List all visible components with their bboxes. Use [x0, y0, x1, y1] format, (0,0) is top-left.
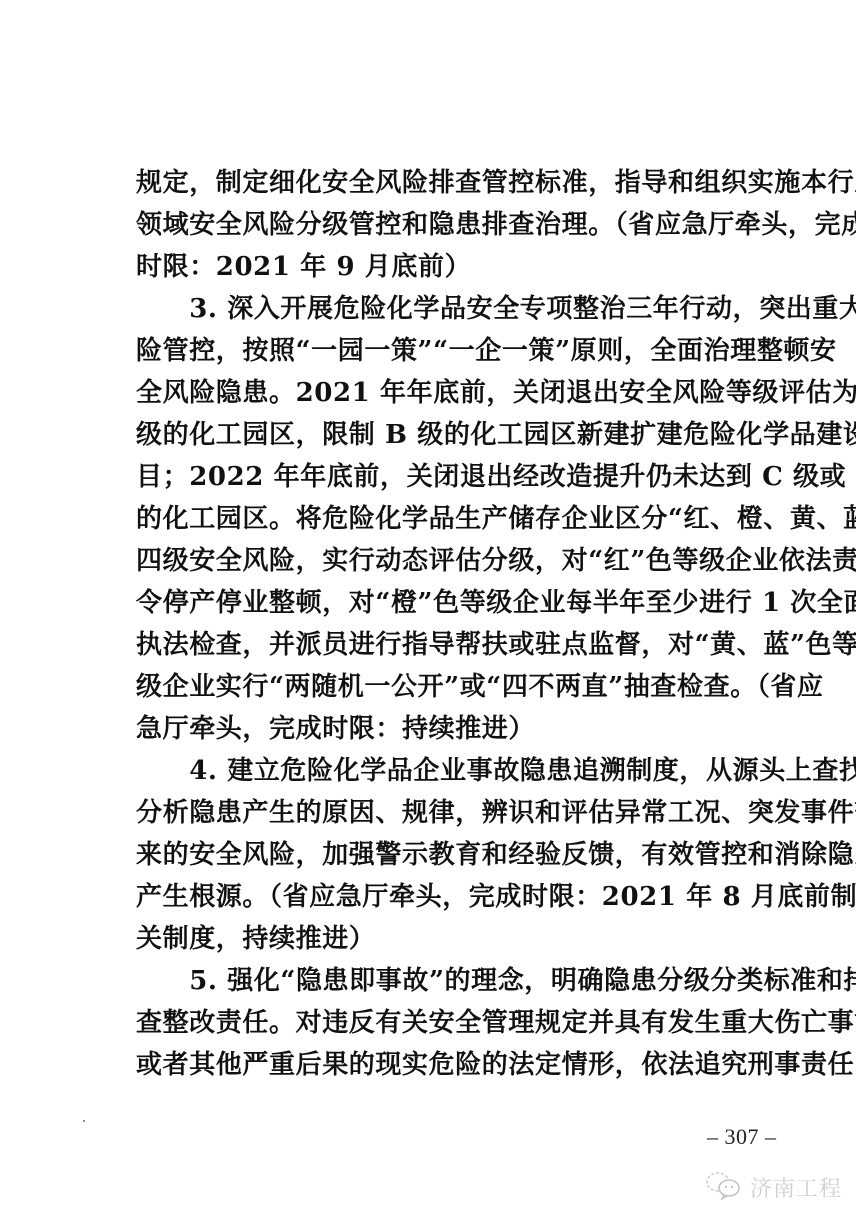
text-line: 或者其他严重后果的现实危险的法定情形，依法追究刑事责任；	[136, 1044, 748, 1086]
text-line: 3. 深入开展危险化学品安全专项整治三年行动，突出重大风	[136, 288, 748, 330]
text-line: 4. 建立危险化学品企业事故隐患追溯制度，从源头上查找和	[136, 750, 748, 792]
document-body: 规定，制定细化安全风险排查管控标准，指导和组织实施本行业 领域安全风险分级管控和…	[136, 162, 748, 1086]
text-line: 级的化工园区，限制 B 级的化工园区新建扩建危险化学品建设项	[136, 414, 748, 456]
text-line: 急厅牵头，完成时限：持续推进）	[136, 708, 748, 750]
wechat-icon	[704, 1170, 744, 1204]
scan-speck	[83, 1120, 85, 1122]
text-line: 四级安全风险，实行动态评估分级，对“红”色等级企业依法责	[136, 540, 748, 582]
text-line: 分析隐患产生的原因、规律，辨识和评估异常工况、突发事件带	[136, 792, 748, 834]
watermark-text: 济南工程	[750, 1172, 842, 1203]
page-number: – 307 –	[707, 1124, 777, 1150]
document-page: 规定，制定细化安全风险排查管控标准，指导和组织实施本行业 领域安全风险分级管控和…	[0, 0, 856, 1225]
text-line: 关制度，持续推进）	[136, 918, 748, 960]
text-line: 执法检查，并派员进行指导帮扶或驻点监督，对“黄、蓝”色等	[136, 624, 748, 666]
text-line: 领域安全风险分级管控和隐患排查治理。（省应急厅牵头，完成	[136, 204, 748, 246]
text-line: 来的安全风险，加强警示教育和经验反馈，有效管控和消除隐患	[136, 834, 748, 876]
text-line: 的化工园区。将危险化学品生产储存企业区分“红、橙、黄、蓝”	[136, 498, 748, 540]
text-line: 级企业实行“两随机一公开”或“四不两直”抽查检查。（省应	[136, 666, 748, 708]
text-line: 规定，制定细化安全风险排查管控标准，指导和组织实施本行业	[136, 162, 748, 204]
text-line: 5. 强化“隐患即事故”的理念，明确隐患分级分类标准和排	[136, 960, 748, 1002]
text-line: 令停产停业整顿，对“橙”色等级企业每半年至少进行 1 次全面	[136, 582, 748, 624]
text-line: 查整改责任。对违反有关安全管理规定并具有发生重大伤亡事故	[136, 1002, 748, 1044]
text-line: 险管控，按照“一园一策”“一企一策”原则，全面治理整顿安	[136, 330, 748, 372]
text-line: 时限：2021 年 9 月底前）	[136, 246, 748, 288]
text-line: 全风险隐患。2021 年年底前，关闭退出安全风险等级评估为 A	[136, 372, 748, 414]
watermark: 济南工程	[704, 1170, 842, 1204]
text-line: 目；2022 年年底前，关闭退出经改造提升仍未达到 C 级或 D 级	[136, 456, 748, 498]
text-line: 产生根源。（省应急厅牵头，完成时限：2021 年 8 月底前制定相	[136, 876, 748, 918]
